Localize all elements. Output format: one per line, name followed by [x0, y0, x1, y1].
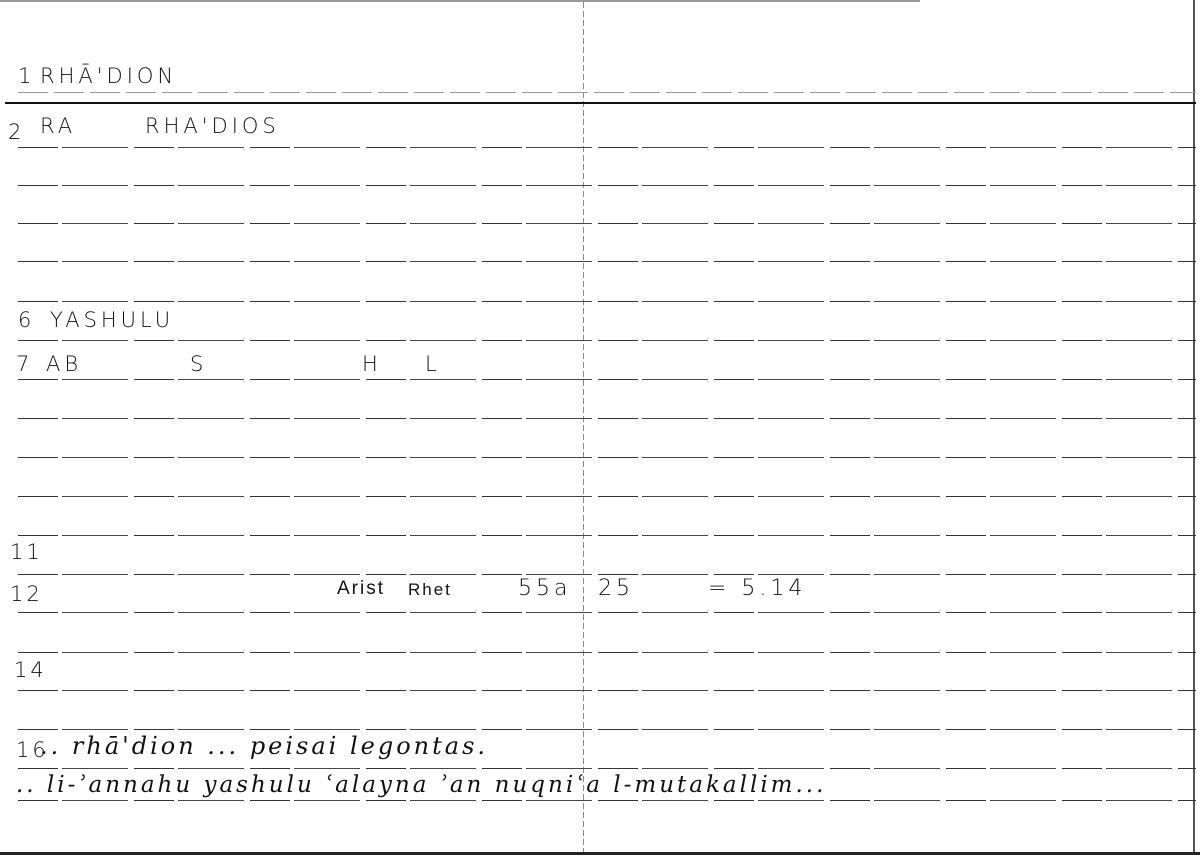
line-number: 14: [14, 658, 47, 682]
header-rule: [5, 102, 1196, 104]
greek-quotation: .. rhā'dion ... peisai legontas.: [40, 732, 488, 760]
rule-line: [18, 185, 1196, 186]
bekker-ref: 55a: [518, 576, 571, 601]
headword-arabic: YASHULU: [50, 308, 174, 332]
root-letter: L: [425, 352, 441, 376]
rule-line: [18, 574, 1196, 575]
rule-line: [18, 147, 1196, 148]
rule-line: [18, 496, 1196, 497]
rule-line: [18, 418, 1196, 419]
line-number: 1: [18, 64, 34, 88]
line-number: 6: [18, 308, 34, 332]
source-work: Rhet: [408, 580, 452, 600]
rule-line: [18, 652, 1196, 653]
index-card: 1 RHĀ'DION 2 RA RHA'DIOS 6 YASHULU 7 AB …: [0, 0, 1200, 859]
rule-line: [18, 612, 1196, 613]
rule-line: [18, 729, 1196, 730]
arabic-quotation: .. li-ʾannahu yashulu ʿalayna ʾan nuqniʿ…: [16, 772, 826, 798]
rule-line: [18, 535, 1196, 536]
line-number: 7: [16, 352, 32, 376]
rule-line: [18, 379, 1196, 380]
root-letter: S: [190, 352, 207, 376]
root-letters: AB: [46, 352, 82, 376]
line-number: 2: [8, 120, 24, 144]
line-number: 12: [10, 582, 43, 606]
root-letter: H: [362, 352, 382, 376]
rule-line: [18, 768, 1196, 769]
rule-line: [18, 800, 1196, 801]
column-divider: [583, 2, 584, 852]
rule-line: [18, 223, 1196, 224]
root-letters: RA: [40, 114, 76, 138]
card-top-edge: [0, 0, 920, 2]
rule-line: [18, 690, 1196, 691]
rule-line: [18, 457, 1196, 458]
card-bottom-edge: [0, 852, 1200, 855]
rule-line: [18, 261, 1196, 262]
rule-line: [18, 340, 1196, 341]
line-ref: 25: [598, 576, 634, 601]
card-right-edge: [1193, 0, 1195, 855]
rule-line: [18, 301, 1196, 302]
lemma-greek: RHA'DIOS: [145, 114, 280, 138]
source-author: Arist: [337, 578, 385, 600]
arabic-ref: = 5.14: [708, 576, 806, 601]
line-number: 11: [10, 540, 43, 564]
headword-greek: RHĀ'DION: [40, 64, 177, 88]
rule-line: [18, 92, 1196, 93]
